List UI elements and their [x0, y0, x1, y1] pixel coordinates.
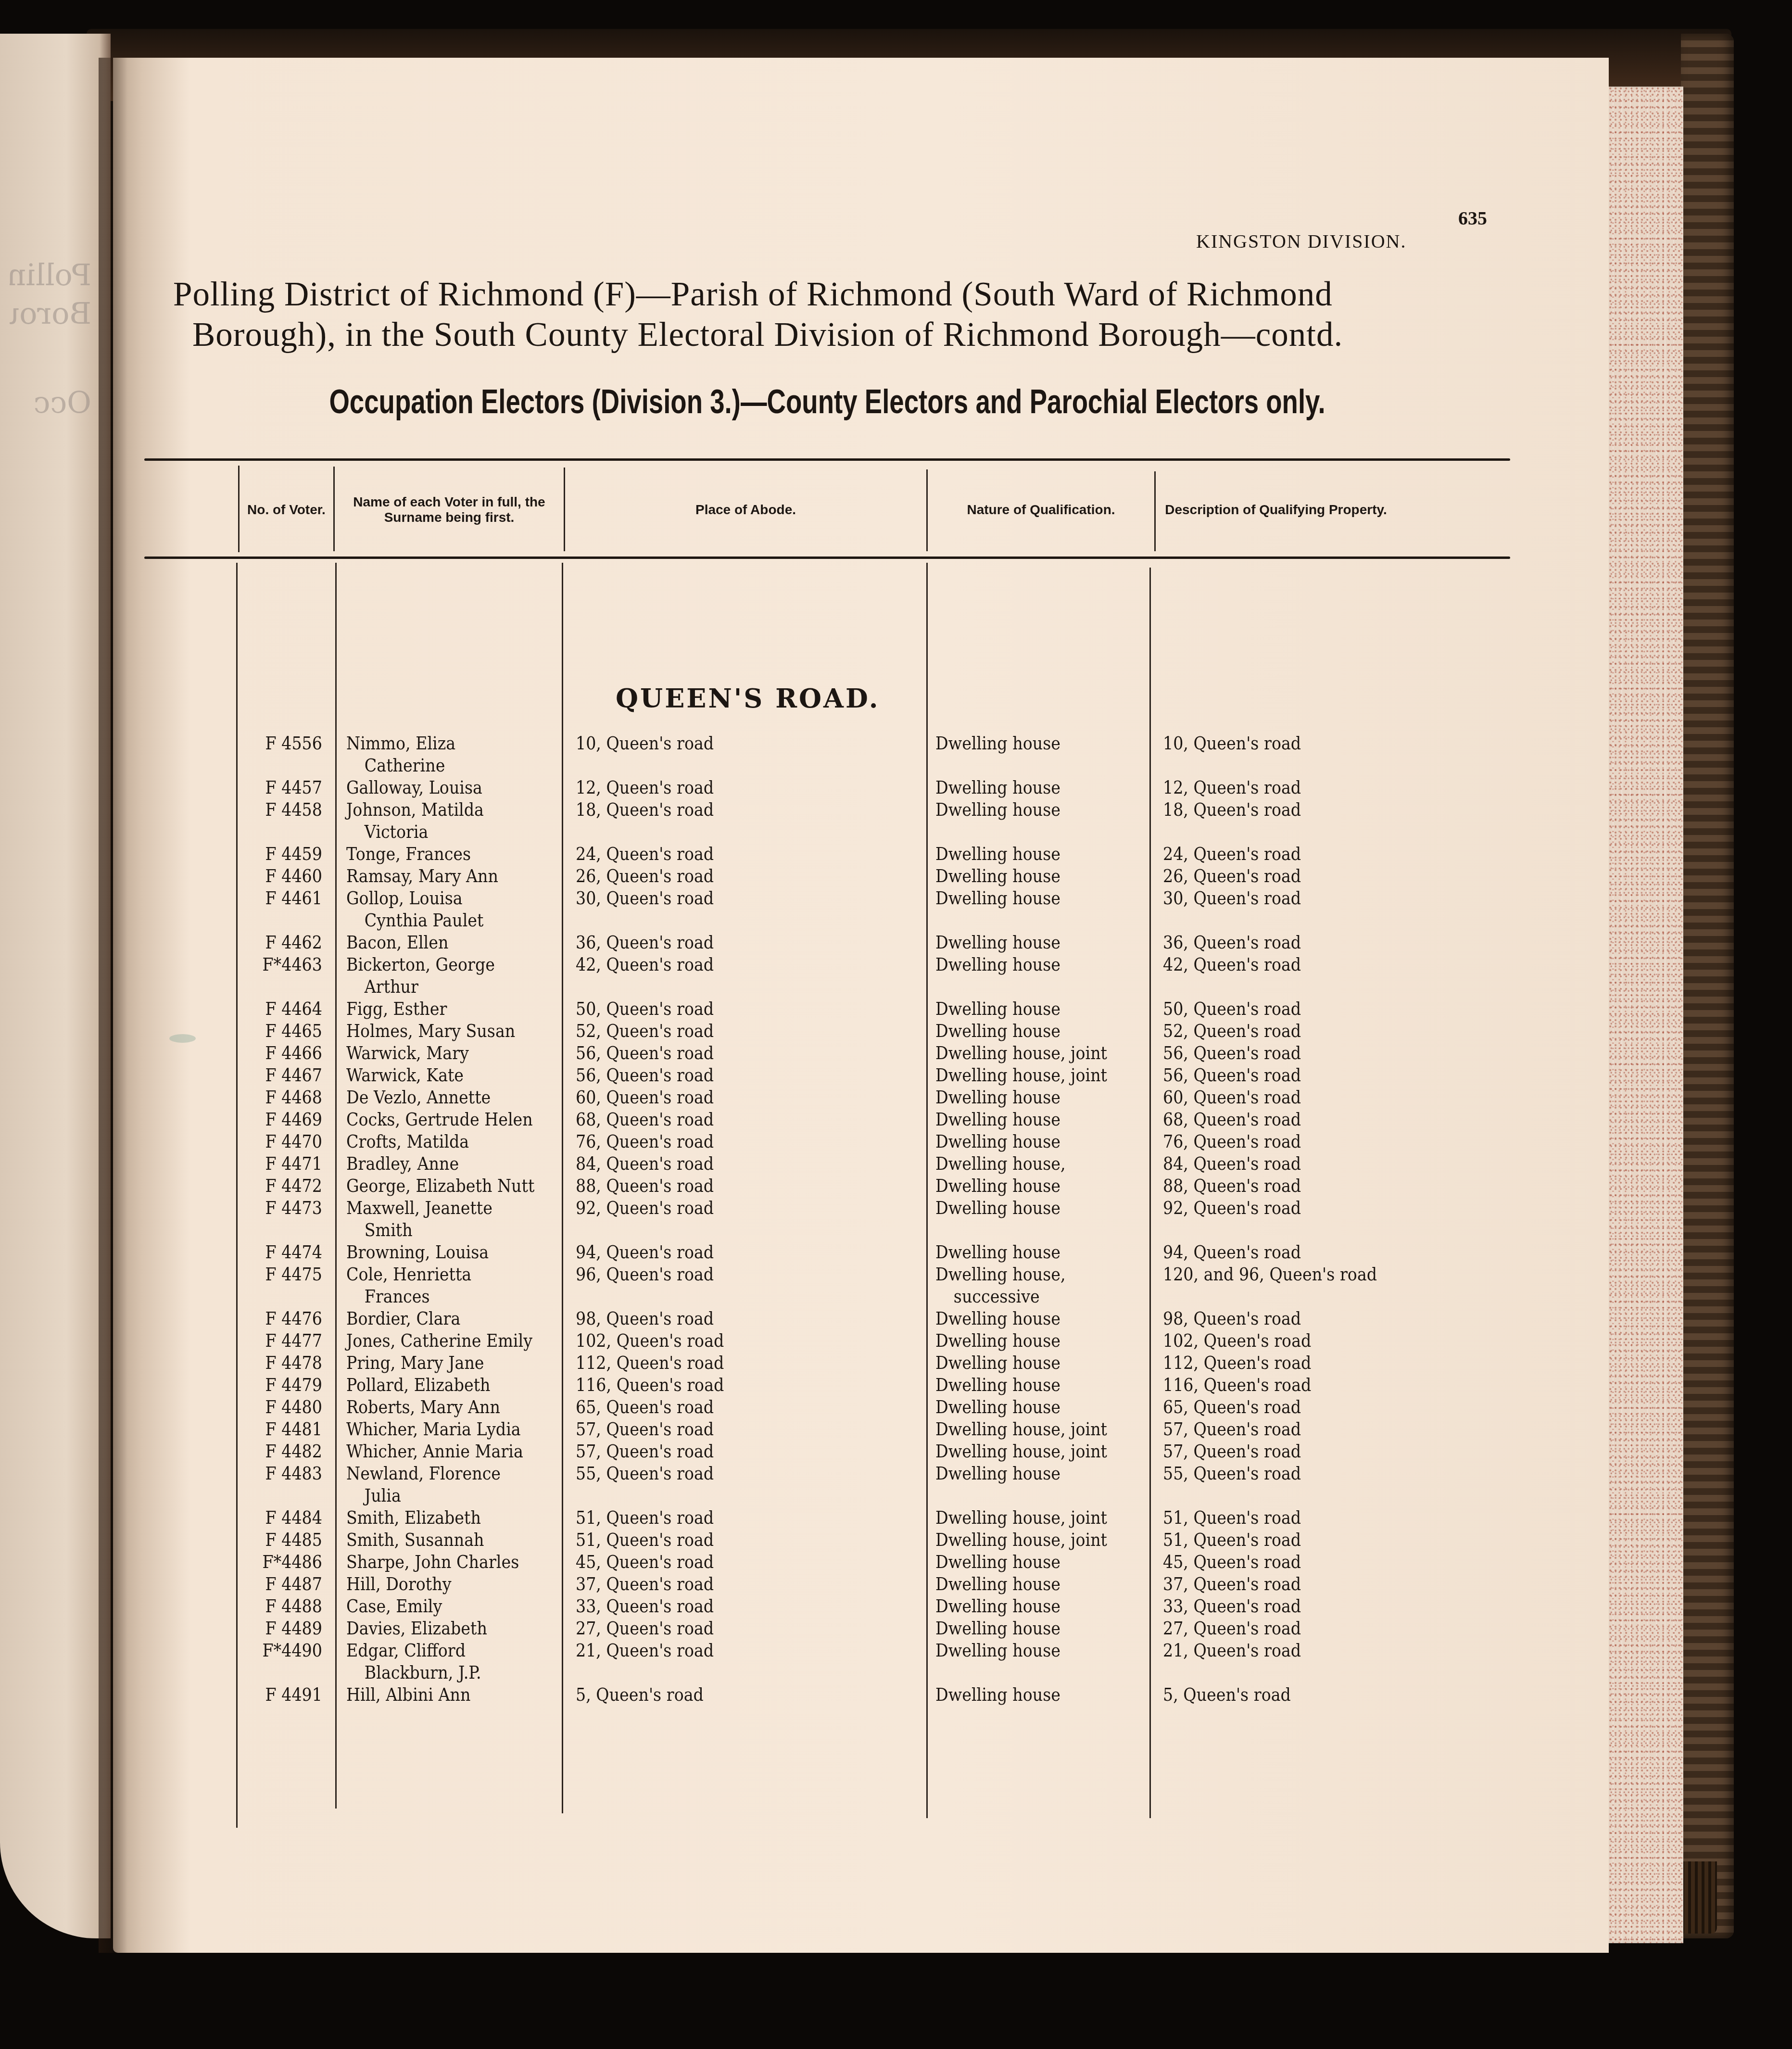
qualifying-property: 98, Queen's road	[1163, 1308, 1301, 1330]
voter-name-continuation: Julia	[346, 1485, 501, 1507]
nature-of-qualification: Dwelling house	[935, 865, 1060, 887]
voter-number: F 4468	[253, 1087, 322, 1109]
voter-name: Cole, HenriettaFrances	[346, 1264, 471, 1308]
section-subtitle: Occupation Electors (Division 3.)—County…	[317, 382, 1338, 421]
voter-number-text: F 4472	[265, 1176, 322, 1196]
nature-of-qualification: Dwelling house	[935, 1463, 1060, 1485]
voter-name: Roberts, Mary Ann	[346, 1396, 500, 1418]
qualifying-property-text: 65, Queen's road	[1163, 1397, 1301, 1417]
voter-name: Whicher, Annie Maria	[346, 1441, 523, 1463]
column-header-abode: Place of Abode.	[565, 469, 926, 551]
voter-name-text: Bacon, Ellen	[346, 932, 448, 953]
voter-name: Galloway, Louisa	[346, 777, 482, 799]
qualifying-property: 84, Queen's road	[1163, 1153, 1301, 1175]
place-of-abode-text: 76, Queen's road	[576, 1131, 714, 1152]
nature-of-qualification: Dwelling house	[935, 1618, 1060, 1640]
place-of-abode: 21, Queen's road	[576, 1640, 714, 1662]
place-of-abode: 84, Queen's road	[576, 1153, 714, 1175]
qualifying-property: 68, Queen's road	[1163, 1109, 1301, 1131]
nature-of-qualification-text: Dwelling house	[935, 1242, 1060, 1263]
voter-name: Hill, Albini Ann	[346, 1684, 470, 1706]
place-of-abode: 65, Queen's road	[576, 1396, 714, 1418]
place-of-abode-text: 52, Queen's road	[576, 1021, 714, 1041]
qualifying-property: 50, Queen's road	[1163, 998, 1301, 1020]
voter-number-text: F 4460	[265, 866, 322, 886]
place-of-abode-text: 98, Queen's road	[576, 1308, 714, 1329]
nature-of-qualification: Dwelling house, joint	[935, 1418, 1107, 1441]
voter-name-text: Hill, Albini Ann	[346, 1684, 470, 1705]
place-of-abode-text: 21, Queen's road	[576, 1640, 714, 1661]
place-of-abode-text: 112, Queen's road	[576, 1353, 724, 1373]
qualifying-property: 42, Queen's road	[1163, 954, 1301, 976]
voter-number: F 4483	[253, 1463, 322, 1485]
qualifying-property: 94, Queen's road	[1163, 1241, 1301, 1264]
voter-name-text: Galloway, Louisa	[346, 777, 482, 798]
place-of-abode-text: 12, Queen's road	[576, 777, 714, 798]
place-of-abode-text: 55, Queen's road	[576, 1463, 714, 1484]
nature-of-qualification-text: Dwelling house	[935, 1618, 1060, 1639]
nature-of-qualification: Dwelling house	[935, 1684, 1060, 1706]
place-of-abode: 50, Queen's road	[576, 998, 714, 1020]
nature-of-qualification: Dwelling house	[935, 1595, 1060, 1618]
place-of-abode: 37, Queen's road	[576, 1573, 714, 1595]
voter-number: F 4481	[253, 1418, 322, 1441]
voter-name-text: Davies, Elizabeth	[346, 1618, 487, 1639]
qualifying-property: 37, Queen's road	[1163, 1573, 1301, 1595]
voter-number: F 4477	[253, 1330, 322, 1352]
qualifying-property: 5, Queen's road	[1163, 1684, 1291, 1706]
qualifying-property: 21, Queen's road	[1163, 1640, 1301, 1662]
nature-of-qualification: Dwelling house	[935, 1640, 1060, 1662]
voter-number-text: F 4480	[265, 1397, 322, 1417]
nature-of-qualification-text: Dwelling house	[935, 932, 1060, 953]
qualifying-property: 65, Queen's road	[1163, 1396, 1301, 1418]
voter-number-text: F 4556	[265, 733, 322, 754]
place-of-abode: 102, Queen's road	[576, 1330, 724, 1352]
voter-number: F 4458	[253, 799, 322, 821]
voter-number: F*4490	[253, 1640, 322, 1662]
qualifying-property-text: 76, Queen's road	[1163, 1131, 1301, 1152]
voter-name: Davies, Elizabeth	[346, 1618, 487, 1640]
place-of-abode: 116, Queen's road	[576, 1374, 724, 1396]
voter-number: F 4480	[253, 1396, 322, 1418]
place-of-abode-text: 68, Queen's road	[576, 1109, 714, 1130]
qualifying-property-text: 24, Queen's road	[1163, 844, 1301, 864]
qualifying-property-text: 26, Queen's road	[1163, 866, 1301, 886]
place-of-abode: 45, Queen's road	[576, 1551, 714, 1573]
qualifying-property-text: 36, Queen's road	[1163, 932, 1301, 953]
voter-name: Newland, FlorenceJulia	[346, 1463, 501, 1507]
qualifying-property: 88, Queen's road	[1163, 1175, 1301, 1197]
place-of-abode: 56, Queen's road	[576, 1064, 714, 1087]
voter-name-text: Whicher, Maria Lydia	[346, 1419, 521, 1440]
voter-name: Tonge, Frances	[346, 843, 471, 865]
place-of-abode-text: 102, Queen's road	[576, 1330, 724, 1351]
voter-number-text: F 4464	[265, 999, 322, 1019]
voter-name-continuation: Frances	[346, 1286, 471, 1308]
qualifying-property-text: 68, Queen's road	[1163, 1109, 1301, 1130]
place-of-abode: 36, Queen's road	[576, 932, 714, 954]
place-of-abode-text: 96, Queen's road	[576, 1264, 714, 1285]
nature-of-qualification-text: Dwelling house	[935, 999, 1060, 1019]
voter-number: F 4461	[253, 887, 322, 910]
voter-name-text: Warwick, Kate	[346, 1065, 464, 1086]
qualifying-property-text: 57, Queen's road	[1163, 1441, 1301, 1462]
nature-of-qualification-text: Dwelling house, joint	[935, 1043, 1107, 1063]
voter-number-text: F 4488	[265, 1596, 322, 1617]
place-of-abode-text: 94, Queen's road	[576, 1242, 714, 1263]
voter-name-text: Figg, Esther	[346, 999, 447, 1019]
nature-of-qualification-text: Dwelling house	[935, 1596, 1060, 1617]
qualifying-property-text: 50, Queen's road	[1163, 999, 1301, 1019]
voter-number-text: F 4491	[265, 1684, 322, 1705]
voter-name-continuation: Victoria	[346, 821, 484, 843]
nature-of-qualification-text: Dwelling house	[935, 1087, 1060, 1108]
place-of-abode: 10, Queen's road	[576, 733, 714, 755]
qualifying-property: 120, and 96, Queen's road	[1163, 1264, 1377, 1286]
nature-of-qualification: Dwelling house	[935, 1175, 1060, 1197]
qualifying-property-text: 51, Queen's road	[1163, 1530, 1301, 1550]
nature-of-qualification: Dwelling house	[935, 887, 1060, 910]
nature-of-qualification: Dwelling house	[935, 998, 1060, 1020]
place-of-abode: 88, Queen's road	[576, 1175, 714, 1197]
voter-name-continuation: Catherine	[346, 755, 455, 777]
nature-of-qualification-text: Dwelling house	[935, 954, 1060, 975]
voter-name-text: Warwick, Mary	[346, 1043, 469, 1063]
voter-number-text: F 4487	[265, 1574, 322, 1594]
running-head: KINGSTON DIVISION.	[1196, 230, 1406, 253]
voter-number-text: F 4467	[265, 1065, 322, 1086]
voter-number-text: F 4485	[265, 1530, 322, 1550]
nature-of-qualification: Dwelling house	[935, 799, 1060, 821]
place-of-abode: 33, Queen's road	[576, 1595, 714, 1618]
nature-of-qualification-text: Dwelling house	[935, 1198, 1060, 1218]
voter-name: Bordier, Clara	[346, 1308, 460, 1330]
voter-name: Pring, Mary Jane	[346, 1352, 484, 1374]
nature-of-qualification-text: Dwelling house, joint	[935, 1530, 1107, 1550]
qualifying-property-text: 56, Queen's road	[1163, 1065, 1301, 1086]
qualifying-property-text: 88, Queen's road	[1163, 1176, 1301, 1196]
qualifying-property-text: 56, Queen's road	[1163, 1043, 1301, 1063]
voter-name-text: Roberts, Mary Ann	[346, 1397, 500, 1417]
voter-name: Edgar, CliffordBlackburn, J.P.	[346, 1640, 481, 1684]
nature-of-qualification-text: Dwelling house	[935, 1640, 1060, 1661]
qualifying-property-text: 33, Queen's road	[1163, 1596, 1301, 1617]
title-line-1: Polling District of Richmond (F)—Parish …	[173, 274, 1481, 315]
voter-number-text: F 4466	[265, 1043, 322, 1063]
nature-of-qualification-text: Dwelling house	[935, 1353, 1060, 1373]
place-of-abode-text: 18, Queen's road	[576, 799, 714, 820]
qualifying-property: 55, Queen's road	[1163, 1463, 1301, 1485]
voter-name: Warwick, Kate	[346, 1064, 464, 1087]
place-of-abode-text: 33, Queen's road	[576, 1596, 714, 1617]
qualifying-property: 51, Queen's road	[1163, 1529, 1301, 1551]
voter-number: F 4457	[253, 777, 322, 799]
voter-number: F 4489	[253, 1618, 322, 1640]
nature-of-qualification-text: Dwelling house	[935, 1109, 1060, 1130]
voter-number: F 4467	[253, 1064, 322, 1087]
qualifying-property-text: 21, Queen's road	[1163, 1640, 1301, 1661]
place-of-abode-text: 36, Queen's road	[576, 932, 714, 953]
voter-number-text: F*4463	[262, 954, 322, 975]
nature-of-qualification: Dwelling house, joint	[935, 1042, 1107, 1064]
nature-of-qualification-text: Dwelling house	[935, 866, 1060, 886]
place-of-abode-text: 30, Queen's road	[576, 888, 714, 909]
qualifying-property: 116, Queen's road	[1163, 1374, 1311, 1396]
voter-name-text: Whicher, Annie Maria	[346, 1441, 523, 1462]
column-divider	[236, 563, 238, 1828]
nature-of-qualification-text: Dwelling house	[935, 1463, 1060, 1484]
nature-of-qualification-text: Dwelling house,	[935, 1153, 1066, 1174]
qualifying-property: 57, Queen's road	[1163, 1418, 1301, 1441]
place-of-abode-text: 57, Queen's road	[576, 1441, 714, 1462]
nature-of-qualification: Dwelling house	[935, 777, 1060, 799]
place-of-abode-text: 57, Queen's road	[576, 1419, 714, 1440]
nature-of-qualification: Dwelling house,	[935, 1153, 1066, 1175]
voter-number: F 4484	[253, 1507, 322, 1529]
column-divider	[335, 563, 337, 1809]
voter-number: F 4471	[253, 1153, 322, 1175]
place-of-abode-text: 24, Queen's road	[576, 844, 714, 864]
qualifying-property-text: 98, Queen's road	[1163, 1308, 1301, 1329]
nature-of-qualification: Dwelling house	[935, 1109, 1060, 1131]
qualifying-property: 56, Queen's road	[1163, 1042, 1301, 1064]
voter-name-text: Jones, Catherine Emily	[346, 1330, 532, 1351]
qualifying-property-text: 5, Queen's road	[1163, 1684, 1291, 1705]
nature-of-qualification: Dwelling house	[935, 1087, 1060, 1109]
place-of-abode: 60, Queen's road	[576, 1087, 714, 1109]
nature-of-qualification: Dwelling house, joint	[935, 1529, 1107, 1551]
nature-of-qualification: Dwelling house	[935, 1308, 1060, 1330]
nature-of-qualification: Dwelling house, joint	[935, 1064, 1107, 1087]
voter-name-text: Newland, Florence	[346, 1463, 501, 1484]
place-of-abode: 57, Queen's road	[576, 1418, 714, 1441]
place-of-abode: 12, Queen's road	[576, 777, 714, 799]
nature-of-qualification: Dwelling house, joint	[935, 1507, 1107, 1529]
voter-number: F 4556	[253, 733, 322, 755]
nature-of-qualification-text: Dwelling house	[935, 1330, 1060, 1351]
qualifying-property: 56, Queen's road	[1163, 1064, 1301, 1087]
voter-name: Jones, Catherine Emily	[346, 1330, 532, 1352]
nature-of-qualification-text: Dwelling house	[935, 888, 1060, 909]
voter-number-text: F*4486	[262, 1552, 322, 1572]
nature-of-qualification-text: Dwelling house	[935, 777, 1060, 798]
qualifying-property: 33, Queen's road	[1163, 1595, 1301, 1618]
place-of-abode-text: 56, Queen's road	[576, 1043, 714, 1063]
place-of-abode: 52, Queen's road	[576, 1020, 714, 1042]
nature-of-qualification-text: Dwelling house, joint	[935, 1065, 1107, 1086]
voter-number-text: F 4479	[265, 1375, 322, 1395]
nature-of-qualification: Dwelling house	[935, 1020, 1060, 1042]
voter-name-text: Browning, Louisa	[346, 1242, 489, 1263]
qualifying-property: 26, Queen's road	[1163, 865, 1301, 887]
place-of-abode-text: 10, Queen's road	[576, 733, 714, 754]
qualifying-property: 52, Queen's road	[1163, 1020, 1301, 1042]
nature-of-qualification: Dwelling house	[935, 1131, 1060, 1153]
place-of-abode: 76, Queen's road	[576, 1131, 714, 1153]
place-of-abode-text: 45, Queen's road	[576, 1552, 714, 1572]
voter-number-text: F 4471	[265, 1153, 322, 1174]
qualifying-property: 76, Queen's road	[1163, 1131, 1301, 1153]
voter-number-text: F 4459	[265, 844, 322, 864]
voter-name: De Vezlo, Annette	[346, 1087, 491, 1109]
qualifying-property-text: 10, Queen's road	[1163, 733, 1301, 754]
voter-number-text: F 4470	[265, 1131, 322, 1152]
column-header-no: No. of Voter.	[240, 469, 333, 551]
qualifying-property: 12, Queen's road	[1163, 777, 1301, 799]
voter-name: Hill, Dorothy	[346, 1573, 452, 1595]
voter-number: F 4488	[253, 1595, 322, 1618]
nature-of-qualification: Dwelling house	[935, 954, 1060, 976]
voter-number: F 4469	[253, 1109, 322, 1131]
nature-of-qualification: Dwelling house	[935, 843, 1060, 865]
place-of-abode-text: 88, Queen's road	[576, 1176, 714, 1196]
voter-name-text: Sharpe, John Charles	[346, 1552, 519, 1572]
nature-of-qualification-text: Dwelling house	[935, 1574, 1060, 1594]
voter-number-text: F 4468	[265, 1087, 322, 1108]
qualifying-property: 18, Queen's road	[1163, 799, 1301, 821]
place-of-abode-text: 50, Queen's road	[576, 999, 714, 1019]
voter-number-text: F 4458	[265, 799, 322, 820]
voter-number-text: F 4476	[265, 1308, 322, 1329]
voter-number-text: F*4490	[262, 1640, 322, 1661]
nature-of-qualification-text: Dwelling house	[935, 1552, 1060, 1572]
column-divider	[1149, 568, 1151, 1818]
nature-of-qualification-text: Dwelling house	[935, 844, 1060, 864]
place-of-abode-text: 26, Queen's road	[576, 866, 714, 886]
voter-number-text: F 4484	[265, 1507, 322, 1528]
voter-name: Bickerton, GeorgeArthur	[346, 954, 495, 998]
qualifying-property: 57, Queen's road	[1163, 1441, 1301, 1463]
place-of-abode: 51, Queen's road	[576, 1507, 714, 1529]
printed-page: 635 KINGSTON DIVISION. Polling District …	[0, 0, 1792, 2049]
place-of-abode: 98, Queen's road	[576, 1308, 714, 1330]
place-of-abode: 18, Queen's road	[576, 799, 714, 821]
voter-name-text: Maxwell, Jeanette	[346, 1198, 492, 1218]
voter-name-text: Pollard, Elizabeth	[346, 1375, 491, 1395]
voter-name: Case, Emily	[346, 1595, 442, 1618]
voter-name-text: De Vezlo, Annette	[346, 1087, 491, 1108]
place-of-abode-text: 92, Queen's road	[576, 1198, 714, 1218]
voter-number: F 4462	[253, 932, 322, 954]
voter-number: F 4476	[253, 1308, 322, 1330]
nature-of-qualification: Dwelling house	[935, 1551, 1060, 1573]
voter-name-text: Johnson, Matilda	[346, 799, 484, 820]
voter-name-text: Bradley, Anne	[346, 1153, 459, 1174]
voter-number: F 4472	[253, 1175, 322, 1197]
voter-name: Smith, Susannah	[346, 1529, 484, 1551]
voter-number: F 4473	[253, 1197, 322, 1219]
place-of-abode-text: 27, Queen's road	[576, 1618, 714, 1639]
voter-name-text: Tonge, Frances	[346, 844, 471, 864]
qualifying-property: 60, Queen's road	[1163, 1087, 1301, 1109]
qualifying-property-text: 112, Queen's road	[1163, 1353, 1311, 1373]
voter-name: Johnson, MatildaVictoria	[346, 799, 484, 843]
nature-of-qualification: Dwelling house, joint	[935, 1441, 1107, 1463]
voter-number: F 4465	[253, 1020, 322, 1042]
nature-of-qualification-text: Dwelling house	[935, 1397, 1060, 1417]
voter-name-text: Bordier, Clara	[346, 1308, 460, 1329]
title-line-2: Borough), in the South County Electoral …	[173, 315, 1481, 355]
qualifying-property-text: 51, Queen's road	[1163, 1507, 1301, 1528]
place-of-abode-text: 5, Queen's road	[576, 1684, 704, 1705]
place-of-abode: 5, Queen's road	[576, 1684, 704, 1706]
qualifying-property-text: 52, Queen's road	[1163, 1021, 1301, 1041]
nature-of-qualification-text: Dwelling house	[935, 1131, 1060, 1152]
voter-number: F 4491	[253, 1684, 322, 1706]
voter-number-text: F 4474	[265, 1242, 322, 1263]
voter-number-text: F 4477	[265, 1330, 322, 1351]
place-of-abode-text: 65, Queen's road	[576, 1397, 714, 1417]
nature-of-qualification-text: Dwelling house	[935, 1684, 1060, 1705]
place-of-abode: 51, Queen's road	[576, 1529, 714, 1551]
voter-number: F 4475	[253, 1264, 322, 1286]
voter-number: F 4460	[253, 865, 322, 887]
place-of-abode-text: 42, Queen's road	[576, 954, 714, 975]
voter-number-text: F 4462	[265, 932, 322, 953]
voter-number: F 4470	[253, 1131, 322, 1153]
voter-number-text: F 4461	[265, 888, 322, 909]
table-top-rule	[144, 458, 1510, 461]
place-of-abode-text: 84, Queen's road	[576, 1153, 714, 1174]
voter-name: Cocks, Gertrude Helen	[346, 1109, 533, 1131]
qualifying-property-text: 92, Queen's road	[1163, 1198, 1301, 1218]
voter-number-text: F 4475	[265, 1264, 322, 1285]
voter-name-text: Hill, Dorothy	[346, 1574, 452, 1594]
place-of-abode-text: 56, Queen's road	[576, 1065, 714, 1086]
voter-name-text: Nimmo, Eliza	[346, 733, 455, 754]
voter-name-text: Crofts, Matilda	[346, 1131, 469, 1152]
voter-number-text: F 4483	[265, 1463, 322, 1484]
voter-number-text: F 4489	[265, 1618, 322, 1639]
qualifying-property: 45, Queen's road	[1163, 1551, 1301, 1573]
qualifying-property: 30, Queen's road	[1163, 887, 1301, 910]
place-of-abode: 42, Queen's road	[576, 954, 714, 976]
place-of-abode-text: 116, Queen's road	[576, 1375, 724, 1395]
nature-of-qualification: Dwelling house	[935, 1573, 1060, 1595]
voter-number: F 4474	[253, 1241, 322, 1264]
qualifying-property-text: 116, Queen's road	[1163, 1375, 1311, 1395]
qualifying-property-text: 18, Queen's road	[1163, 799, 1301, 820]
voter-number: F 4466	[253, 1042, 322, 1064]
nature-of-qualification-text: Dwelling house	[935, 1375, 1060, 1395]
voter-number: F*4486	[253, 1551, 322, 1573]
column-header-qualification: Nature of Qualification.	[928, 469, 1154, 551]
nature-of-qualification: Dwelling house	[935, 932, 1060, 954]
qualifying-property-text: 94, Queen's road	[1163, 1242, 1301, 1263]
voter-number-text: F 4482	[265, 1441, 322, 1462]
page-title: Polling District of Richmond (F)—Parish …	[173, 274, 1481, 355]
place-of-abode: 24, Queen's road	[576, 843, 714, 865]
qualifying-property: 102, Queen's road	[1163, 1330, 1311, 1352]
voter-number-text: F 4473	[265, 1198, 322, 1218]
voter-name-continuation: Smith	[346, 1219, 492, 1241]
table-header-bottom-rule	[144, 557, 1510, 559]
voter-number: F 4479	[253, 1374, 322, 1396]
voter-name-continuation: Cynthia Paulet	[346, 910, 483, 932]
voter-name-continuation: Blackburn, J.P.	[346, 1662, 481, 1684]
voter-name-text: George, Elizabeth Nutt	[346, 1176, 534, 1196]
qualifying-property-text: 120, and 96, Queen's road	[1163, 1264, 1377, 1285]
voter-name: Browning, Louisa	[346, 1241, 489, 1264]
nature-of-qualification: Dwelling house	[935, 733, 1060, 755]
nature-of-qualification-text: Dwelling house	[935, 733, 1060, 754]
voter-name: George, Elizabeth Nutt	[346, 1175, 534, 1197]
place-of-abode-text: 60, Queen's road	[576, 1087, 714, 1108]
qualifying-property: 51, Queen's road	[1163, 1507, 1301, 1529]
nature-of-qualification-text: Dwelling house	[935, 1308, 1060, 1329]
voter-name-text: Ramsay, Mary Ann	[346, 866, 498, 886]
